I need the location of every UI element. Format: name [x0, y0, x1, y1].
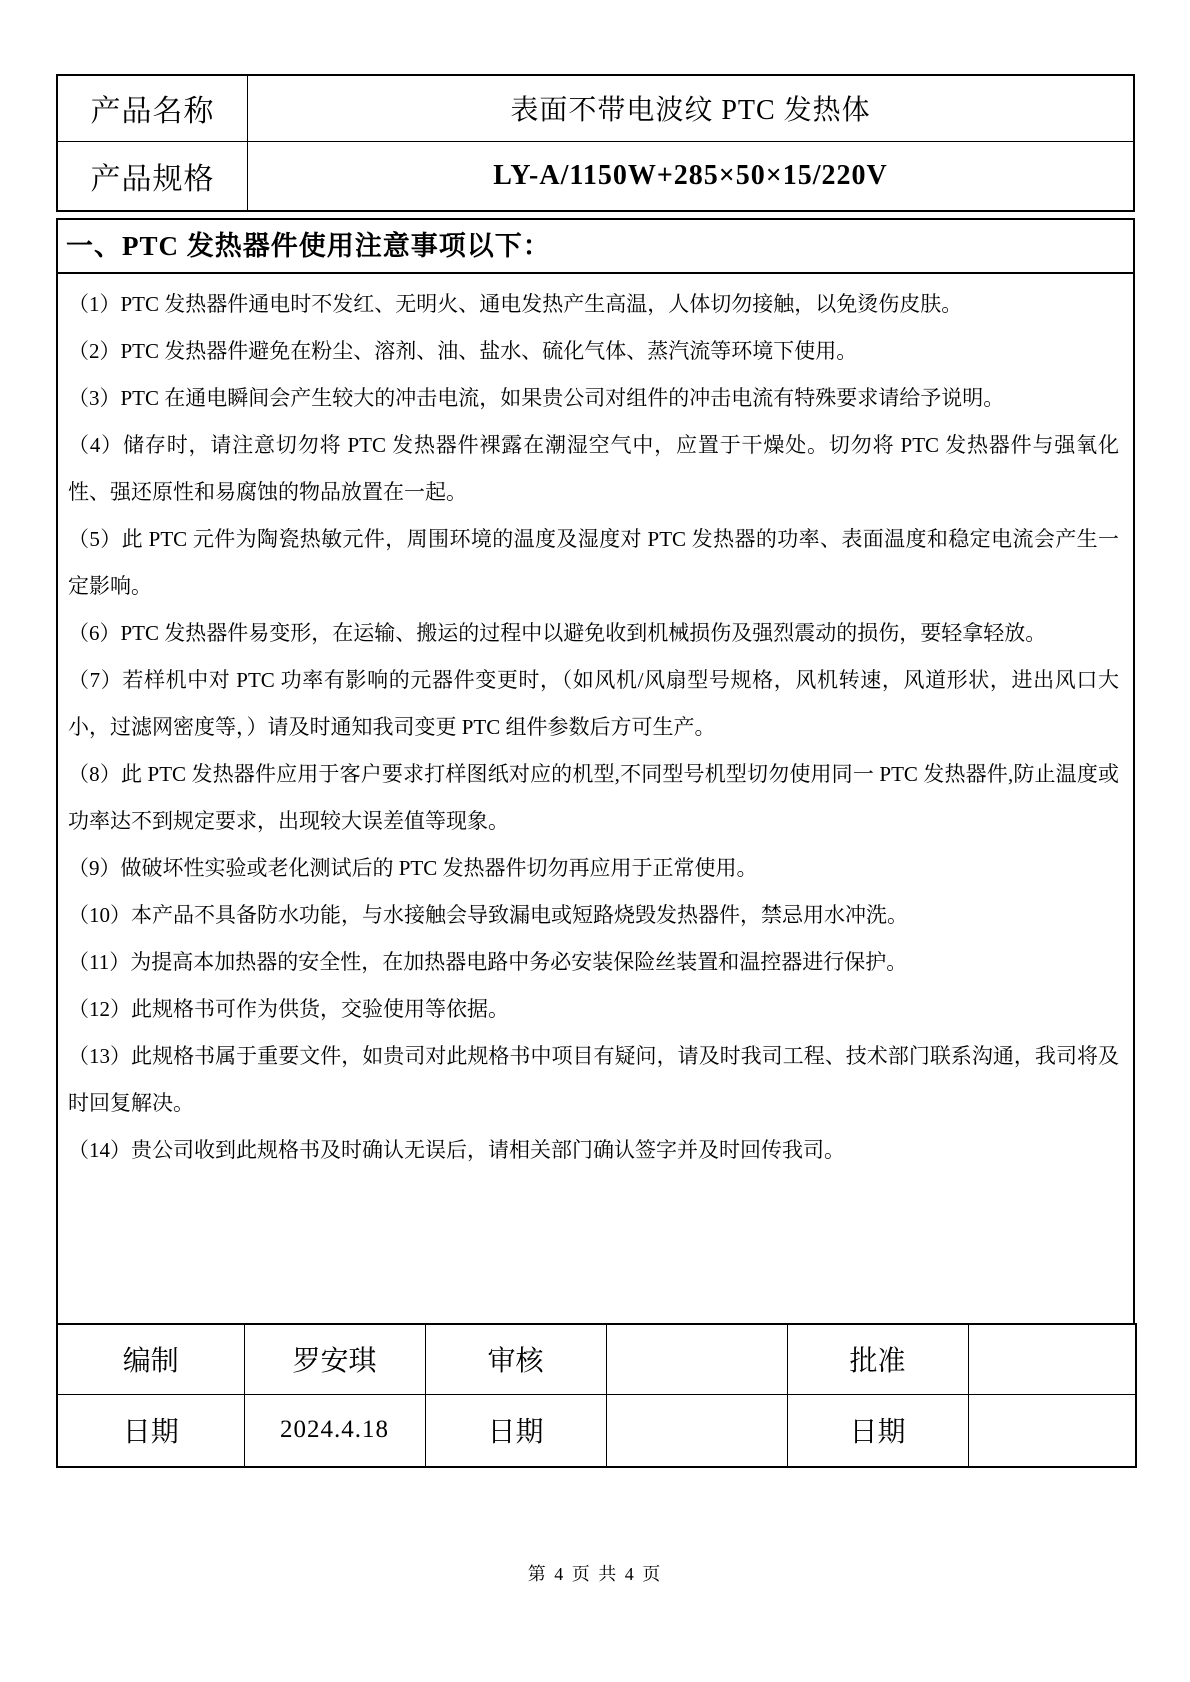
product-spec-row: 产品规格 LY-A/1150W+285×50×15/220V: [57, 141, 1134, 211]
prepared-by-value: 罗安琪: [244, 1324, 425, 1394]
notice-item-3: （3）PTC 在通电瞬间会产生较大的冲击电流，如果贵公司对组件的冲击电流有特殊要…: [68, 375, 1119, 422]
reviewer-label: 审核: [425, 1324, 606, 1394]
document-page: 产品名称 表面不带电波纹 PTC 发热体 产品规格 LY-A/1150W+285…: [0, 0, 1190, 1682]
notice-item-9: （9）做破坏性实验或老化测试后的 PTC 发热器件切勿再应用于正常使用。: [68, 845, 1119, 892]
prepared-date-label: 日期: [57, 1394, 244, 1467]
page-number-footer: 第 4 页 共 4 页: [0, 1560, 1190, 1586]
sign-off-dates-row: 日期 2024.4.18 日期 日期: [57, 1394, 1136, 1467]
approve-date-value: [968, 1394, 1136, 1467]
approver-value: [968, 1324, 1136, 1394]
product-spec-value: LY-A/1150W+285×50×15/220V: [248, 141, 1135, 211]
notice-box: 一、PTC 发热器件使用注意事项以下： （1）PTC 发热器件通电时不发红、无明…: [56, 218, 1135, 1325]
notice-item-11: （11）为提高本加热器的安全性，在加热器电路中务必安装保险丝装置和温控器进行保护…: [68, 939, 1119, 986]
notice-item-2: （2）PTC 发热器件避免在粉尘、溶剂、油、盐水、硫化气体、蒸汽流等环境下使用。: [68, 328, 1119, 375]
prepared-date-value: 2024.4.18: [244, 1394, 425, 1467]
product-spec-label: 产品规格: [57, 141, 248, 211]
product-name-value: 表面不带电波纹 PTC 发热体: [248, 75, 1135, 141]
sign-off-table: 编制 罗安琪 审核 批准 日期 2024.4.18 日期 日期: [56, 1323, 1137, 1468]
sign-off-names-row: 编制 罗安琪 审核 批准: [57, 1324, 1136, 1394]
notice-item-10: （10）本产品不具备防水功能，与水接触会导致漏电或短路烧毁发热器件，禁忌用水冲洗…: [68, 892, 1119, 939]
notice-item-list: （1）PTC 发热器件通电时不发红、无明火、通电发热产生高温，人体切勿接触，以免…: [58, 274, 1133, 1174]
notice-item-12: （12）此规格书可作为供货，交验使用等依据。: [68, 986, 1119, 1033]
product-info-table: 产品名称 表面不带电波纹 PTC 发热体 产品规格 LY-A/1150W+285…: [56, 74, 1135, 212]
approve-date-label: 日期: [787, 1394, 968, 1467]
notice-item-6: （6）PTC 发热器件易变形，在运输、搬运的过程中以避免收到机械损伤及强烈震动的…: [68, 610, 1119, 657]
approver-label: 批准: [787, 1324, 968, 1394]
notice-item-1: （1）PTC 发热器件通电时不发红、无明火、通电发热产生高温，人体切勿接触，以免…: [68, 281, 1119, 328]
reviewer-value: [606, 1324, 787, 1394]
notice-item-4: （4）储存时，请注意切勿将 PTC 发热器件裸露在潮湿空气中，应置于干燥处。切勿…: [68, 422, 1119, 516]
notice-item-8: （8）此 PTC 发热器件应用于客户要求打样图纸对应的机型,不同型号机型切勿使用…: [68, 751, 1119, 845]
notice-item-7: （7）若样机中对 PTC 功率有影响的元器件变更时，（如风机/风扇型号规格，风机…: [68, 657, 1119, 751]
review-date-value: [606, 1394, 787, 1467]
notice-item-13: （13）此规格书属于重要文件，如贵司对此规格书中项目有疑问，请及时我司工程、技术…: [68, 1033, 1119, 1127]
product-name-row: 产品名称 表面不带电波纹 PTC 发热体: [57, 75, 1134, 141]
notice-heading: 一、PTC 发热器件使用注意事项以下：: [58, 220, 1133, 274]
notice-item-14: （14）贵公司收到此规格书及时确认无误后，请相关部门确认签字并及时回传我司。: [68, 1127, 1119, 1174]
review-date-label: 日期: [425, 1394, 606, 1467]
prepared-by-label: 编制: [57, 1324, 244, 1394]
product-name-label: 产品名称: [57, 75, 248, 141]
notice-item-5: （5）此 PTC 元件为陶瓷热敏元件，周围环境的温度及湿度对 PTC 发热器的功…: [68, 516, 1119, 610]
